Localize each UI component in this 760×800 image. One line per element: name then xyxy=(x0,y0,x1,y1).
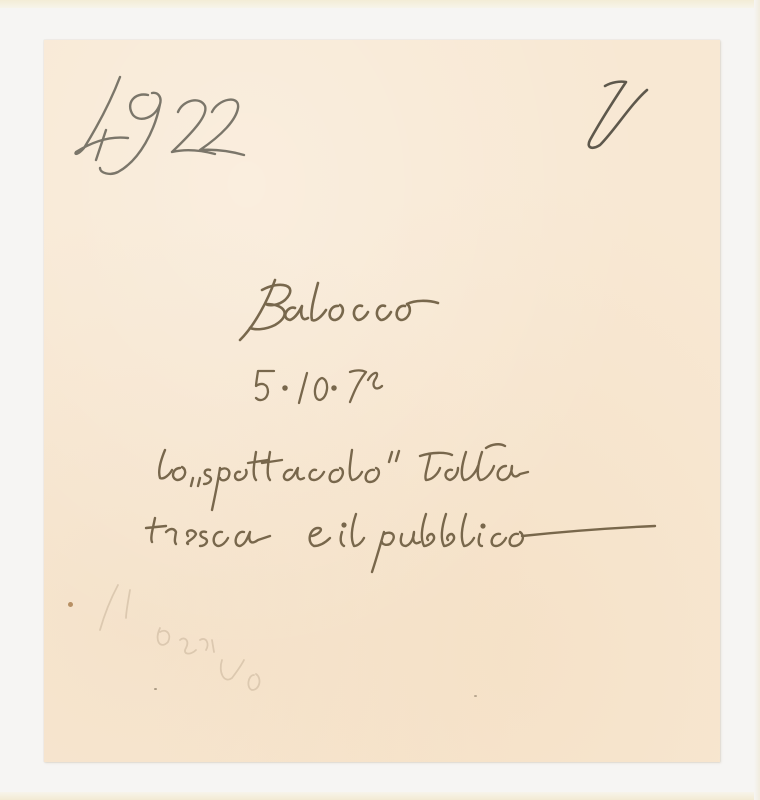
foxing-spot xyxy=(474,695,477,697)
scan-bottom-band xyxy=(0,792,760,800)
title-line-2 xyxy=(145,505,655,565)
author-name xyxy=(228,270,463,345)
title-line-1 xyxy=(155,440,595,500)
scan-right-edge xyxy=(754,0,760,800)
catalog-number xyxy=(68,80,248,170)
corner-letter xyxy=(585,78,655,153)
foxing-spot xyxy=(68,602,73,607)
faint-pencil-note xyxy=(80,585,300,705)
date xyxy=(255,360,455,408)
scan-top-band xyxy=(0,0,760,8)
catalog-marks xyxy=(268,94,328,124)
